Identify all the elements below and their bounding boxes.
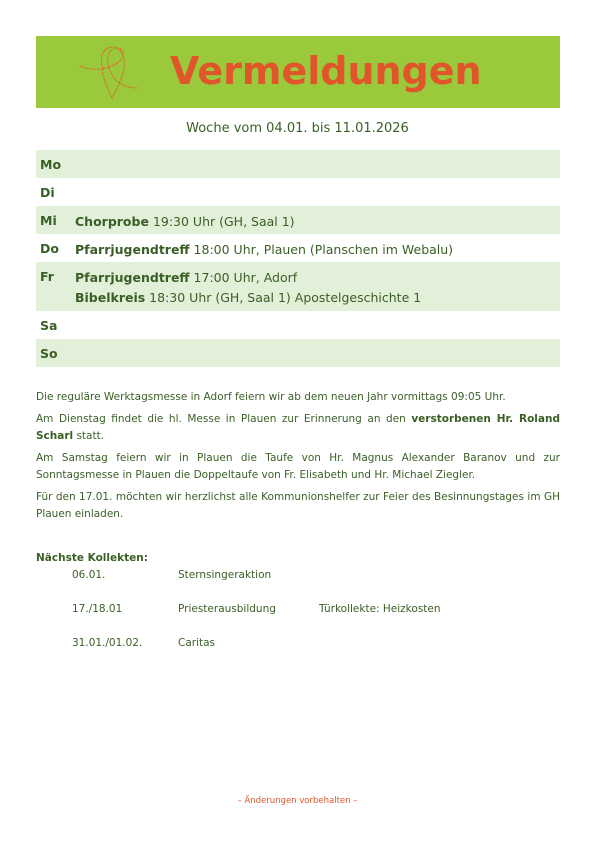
collection-date: 31.01./01.02. bbox=[72, 637, 142, 649]
event-details: 19:30 Uhr (GH, Saal 1) bbox=[149, 214, 295, 229]
day-content: Chorprobe 19:30 Uhr (GH, Saal 1) bbox=[75, 206, 560, 234]
collection-purpose: Sternsingeraktion bbox=[178, 569, 271, 581]
announcement-paragraph: Am Samstag feiern wir in Plauen die Tauf… bbox=[36, 450, 560, 484]
announcement-paragraph: Am Dienstag findet die hl. Messe in Plau… bbox=[36, 411, 560, 445]
week-range-heading: Woche vom 04.01. bis 11.01.2026 bbox=[0, 121, 595, 136]
day-content bbox=[75, 178, 560, 206]
announcements: Die reguläre Werktagsmesse in Adorf feie… bbox=[36, 389, 560, 528]
announcement-paragraph: Die reguläre Werktagsmesse in Adorf feie… bbox=[36, 389, 560, 406]
day-row-mi: Mi Chorprobe 19:30 Uhr (GH, Saal 1) bbox=[36, 206, 560, 234]
event-details: 18:30 Uhr (GH, Saal 1) Apostelgeschichte… bbox=[145, 290, 421, 305]
day-label: So bbox=[36, 339, 75, 367]
day-label: Di bbox=[36, 178, 75, 206]
text-span: Am Dienstag findet die hl. Messe in Plau… bbox=[36, 413, 411, 425]
day-row-mo: Mo bbox=[36, 150, 560, 178]
text-span: statt. bbox=[73, 430, 104, 442]
event-entry: Pfarrjugendtreff 17:00 Uhr, Adorf bbox=[75, 268, 560, 288]
collection-purpose: Caritas bbox=[178, 637, 215, 649]
collections-section: Nächste Kollekten: 06.01. Sternsingerakt… bbox=[36, 550, 560, 669]
event-entry: Pfarrjugendtreff 18:00 Uhr, Plauen (Plan… bbox=[75, 240, 560, 260]
event-details: 17:00 Uhr, Adorf bbox=[190, 270, 298, 285]
collection-date: 17./18.01 bbox=[72, 603, 122, 615]
day-label: Mo bbox=[36, 150, 75, 178]
day-content: Pfarrjugendtreff 18:00 Uhr, Plauen (Plan… bbox=[75, 234, 560, 262]
day-label: Fr bbox=[36, 262, 75, 311]
day-label: Mi bbox=[36, 206, 75, 234]
day-content bbox=[75, 150, 560, 178]
event-name: Pfarrjugendtreff bbox=[75, 270, 190, 285]
collection-extra: Türkollekte: Heizkosten bbox=[319, 603, 441, 615]
footer-note: – Änderungen vorbehalten – bbox=[0, 796, 595, 806]
event-entry: Chorprobe 19:30 Uhr (GH, Saal 1) bbox=[75, 212, 560, 232]
day-row-fr: Fr Pfarrjugendtreff 17:00 Uhr, Adorf Bib… bbox=[36, 262, 560, 311]
day-content bbox=[75, 311, 560, 339]
collection-purpose: Priesterausbildung bbox=[178, 603, 276, 615]
event-entry: Bibelkreis 18:30 Uhr (GH, Saal 1) Aposte… bbox=[75, 288, 560, 308]
collection-date: 06.01. bbox=[72, 569, 105, 581]
page-title: Vermeldungen bbox=[170, 47, 482, 95]
collections-title: Nächste Kollekten: bbox=[36, 550, 560, 567]
announcement-paragraph: Für den 17.01. möchten wir herzlichst al… bbox=[36, 489, 560, 523]
heart-loop-pin-icon bbox=[74, 42, 142, 102]
day-label: Do bbox=[36, 234, 75, 262]
day-row-do: Do Pfarrjugendtreff 18:00 Uhr, Plauen (P… bbox=[36, 234, 560, 262]
collection-row: 06.01. Sternsingeraktion bbox=[36, 567, 560, 601]
event-details: 18:00 Uhr, Plauen (Planschen im Webalu) bbox=[190, 242, 453, 257]
day-row-di: Di bbox=[36, 178, 560, 206]
collection-row: 17./18.01 Priesterausbildung Türkollekte… bbox=[36, 601, 560, 635]
day-row-sa: Sa bbox=[36, 311, 560, 339]
event-name: Bibelkreis bbox=[75, 290, 145, 305]
event-name: Pfarrjugendtreff bbox=[75, 242, 190, 257]
header-banner: Vermeldungen bbox=[36, 36, 560, 108]
event-name: Chorprobe bbox=[75, 214, 149, 229]
day-row-so: So bbox=[36, 339, 560, 367]
day-content: Pfarrjugendtreff 17:00 Uhr, Adorf Bibelk… bbox=[75, 262, 560, 311]
day-content bbox=[75, 339, 560, 367]
weekday-schedule: Mo Di Mi Chorprobe 19:30 Uhr (GH, Saal 1… bbox=[36, 150, 560, 367]
collection-row: 31.01./01.02. Caritas bbox=[36, 635, 560, 669]
day-label: Sa bbox=[36, 311, 75, 339]
